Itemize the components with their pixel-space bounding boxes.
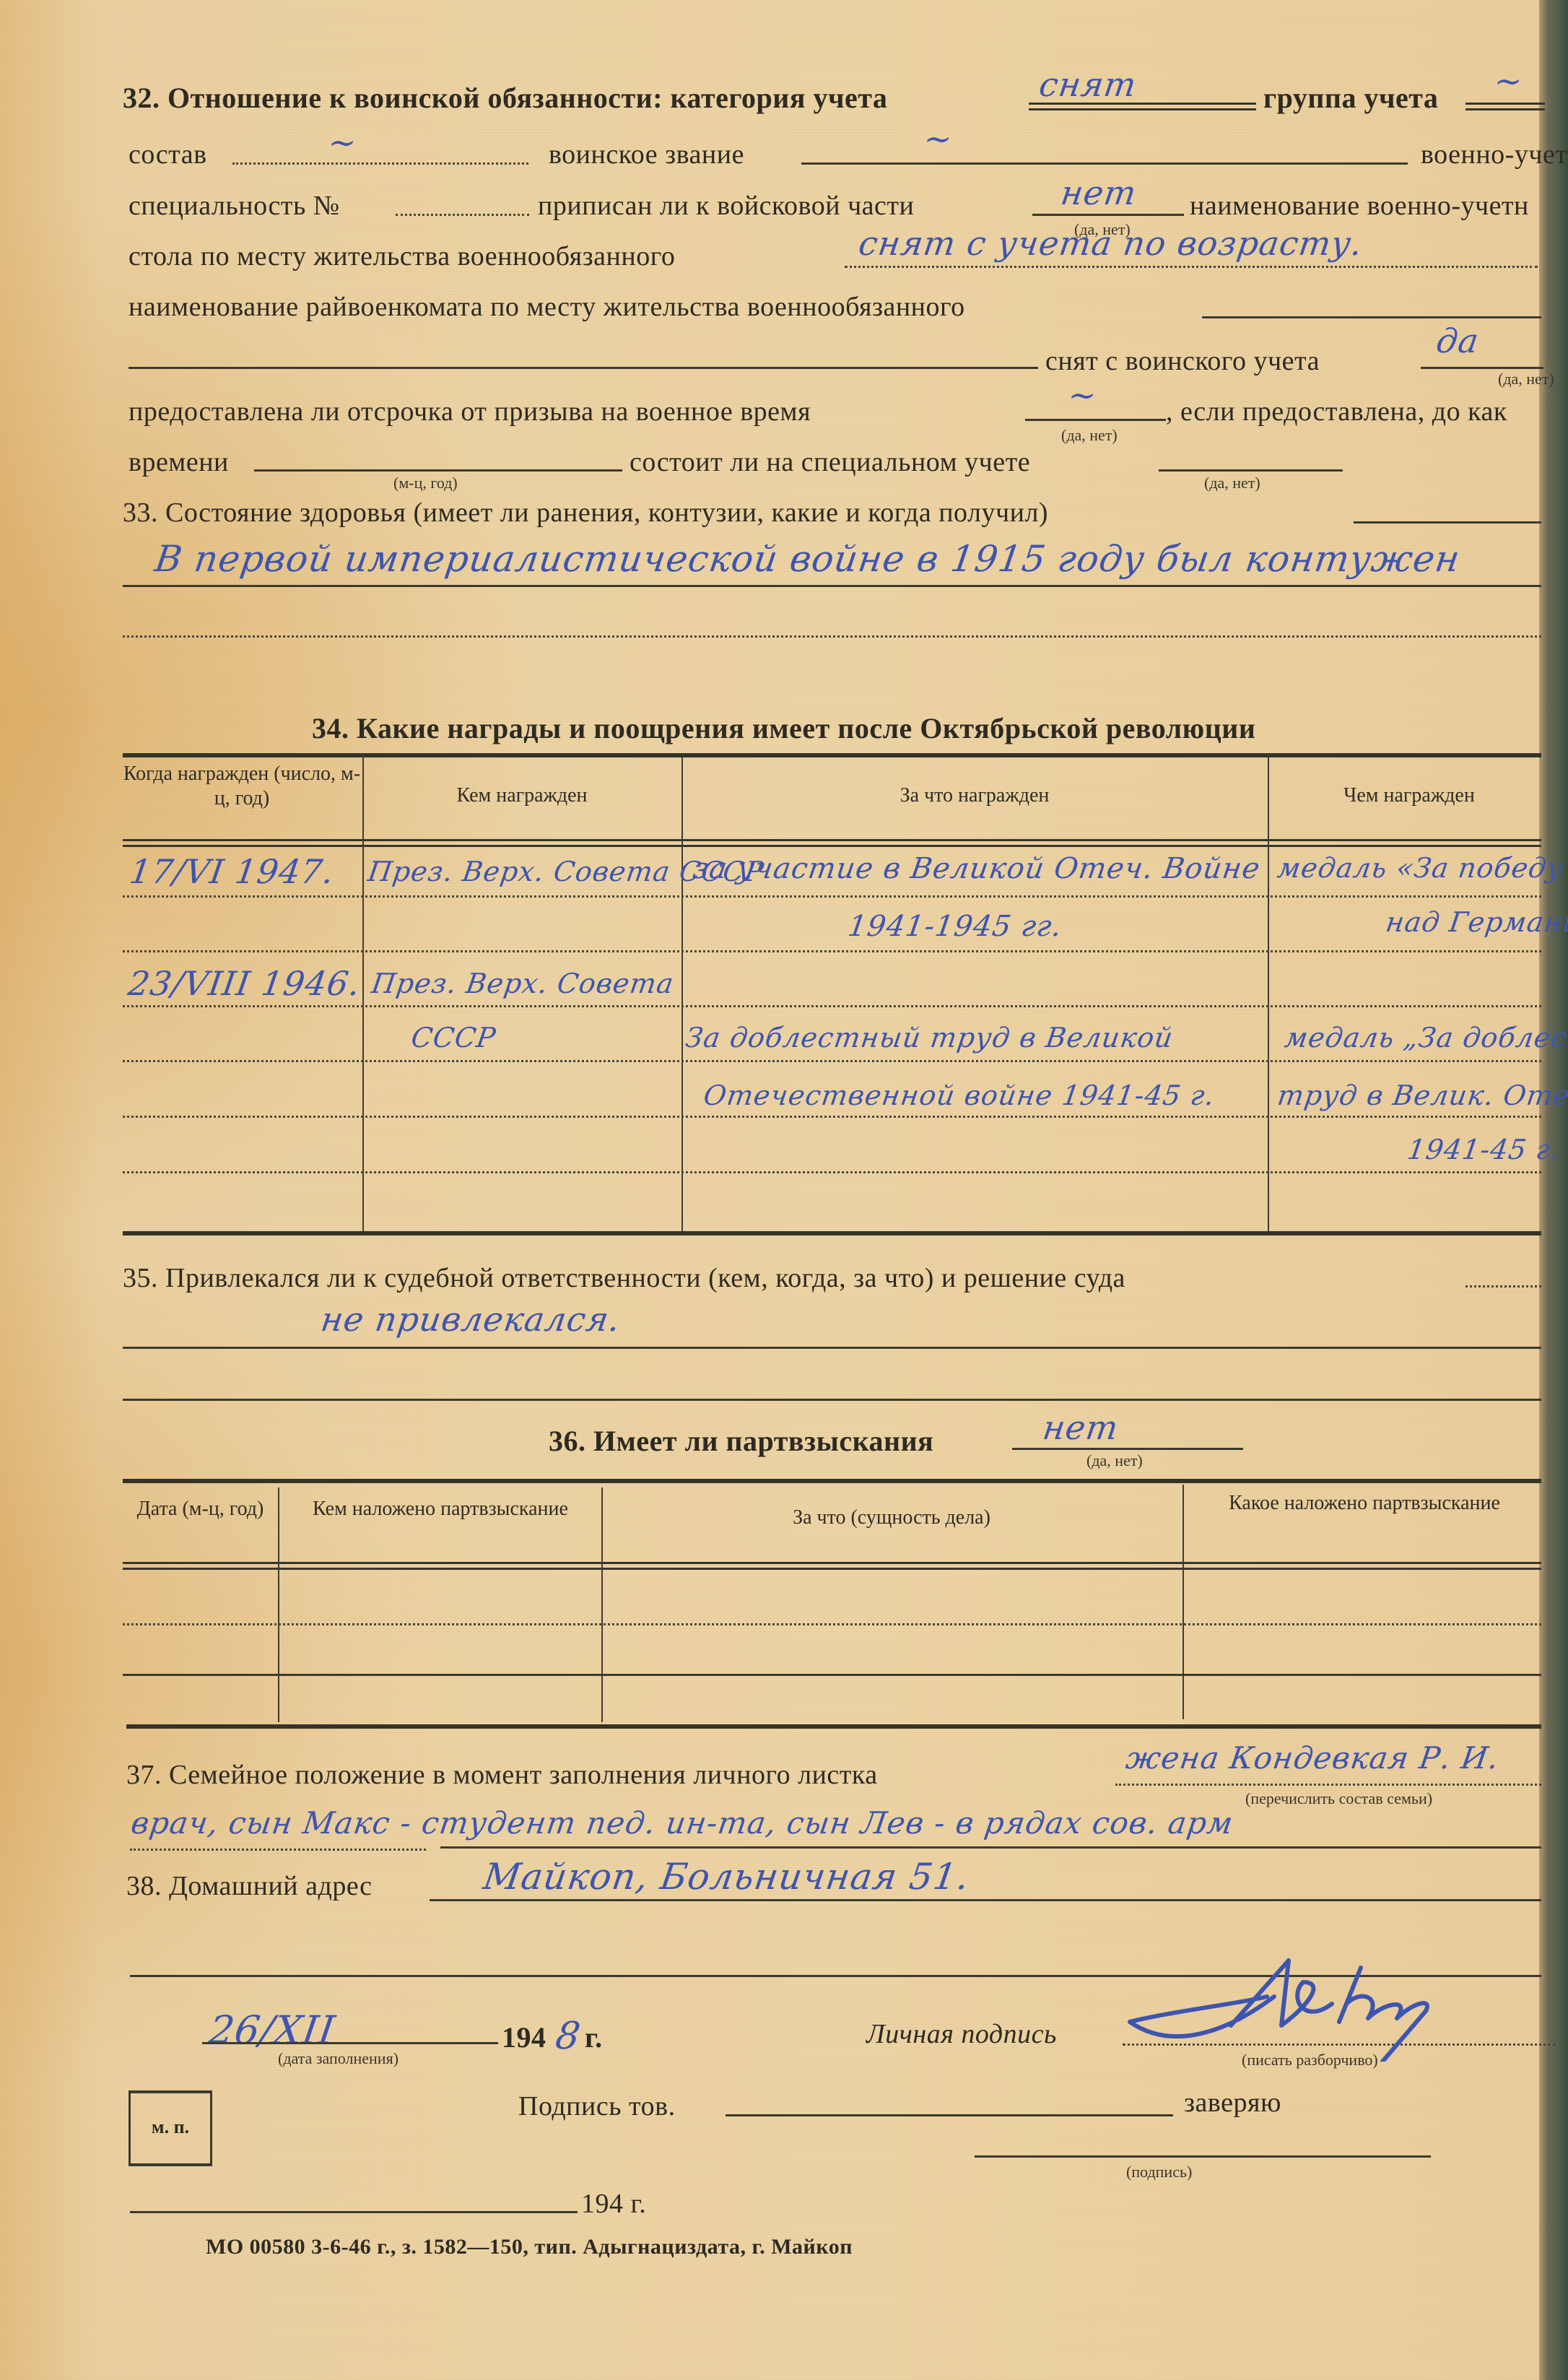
awards-col-by-whom: Кем награжден [363,783,681,808]
line5-field-line [1202,316,1541,318]
line6-field-line [129,367,1038,369]
line4-label: стола по месту жительства военнообязанно… [129,240,675,272]
penalties-header-divider [123,1562,1541,1570]
section-36-title: 36. Имеет ли партвзыскания [549,1424,933,1458]
fill-date-hint: (дата заполнения) [278,2049,398,2068]
award-for-what-1: за участие в Великой Отеч. Войне [691,852,1263,885]
awards-table-bottom [123,1231,1541,1235]
penalties-table-top [123,1479,1541,1483]
section-37-field-line [1115,1784,1541,1786]
line8-special-line [1159,469,1343,472]
family-line-2a [130,1849,426,1851]
print-imprint: МО 00580 3-6-46 г., з. 1582—150, тип. Ад… [206,2235,853,2259]
award-for-what-2: 1941-1945 гг. [846,910,1064,943]
court-line-2 [123,1399,1541,1401]
rank-value: ~ [921,119,955,158]
line6-value: да [1434,321,1481,360]
group-field-line [1465,103,1545,110]
attached-field-line [1032,214,1184,216]
awards-row-line [123,1005,1541,1007]
awards-col-what: Чем награжден [1268,783,1550,808]
fill-year-handwritten: 8 [553,2015,584,2058]
stamp-place-box: м. п. [129,2090,212,2166]
certify-name-line [726,2114,1173,2116]
award-when: 23/VIII 1946. [126,964,363,1003]
health-value: В первой империалистической войне в 1915… [152,538,1463,580]
fill-year-prefix: 194 [502,2020,546,2054]
award-for-what-2: Отечественной войне 1941-45 г. [702,1080,1217,1111]
award-what-1: медаль „За доблестный [1283,1022,1568,1054]
personal-signature-label: Личная подпись [866,2018,1057,2050]
awards-col-for-what: За что награжден [682,783,1267,808]
name-label: наименование военно-учетн [1190,190,1529,222]
certify-suffix: заверяю [1184,2087,1281,2119]
category-value: снят [1037,65,1139,104]
address-value: Майкоп, Больничная 51. [481,1856,972,1898]
section-38-title: 38. Домашний адрес [126,1870,373,1902]
line7-value: ~ [1066,375,1099,414]
rank-label: воинское звание [549,139,744,170]
penalty-value: нет [1040,1408,1121,1447]
penalties-row-line [123,1674,1541,1676]
award-for-what-1: За доблестный труд в Великой [684,1022,1175,1054]
line7-suffix: , если предоставлена, до как [1166,396,1507,427]
section-33-title: 33. Состояние здоровья (имеет ли ранения… [123,497,1048,529]
group-label: группа учета [1263,81,1438,115]
specialty-field-line [396,214,529,216]
family-line-2b [440,1846,1541,1849]
attached-value: нет [1058,173,1139,212]
award-what-2: труд в Велик. Отеч. [1276,1080,1568,1111]
line8-special-hint: (да, нет) [1204,474,1260,492]
family-value-1: жена Кондевкая Р. И. [1124,1740,1502,1776]
sostav-value: ~ [326,123,360,162]
section-36-field-line [1012,1448,1243,1450]
line8-label: времени [129,446,229,478]
section-35-title: 35. Привлекался ли к судебной ответствен… [123,1262,1125,1294]
award-when: 17/VI 1947. [127,852,336,891]
award-what-2: над Германией» [1384,906,1568,938]
vus-label: военно-учет [1421,139,1567,170]
sostav-field-line [232,162,528,165]
awards-row-line [123,950,1541,952]
penalties-col-by-whom: Кем наложено партвзыскание [282,1497,599,1521]
line8-date-line [254,469,622,472]
awards-col-when: Когда награжден (число, м-ц, год) [123,762,361,811]
health-line-1 [123,585,1541,587]
award-by-whom-1: През. Верх. Совета [370,968,676,999]
awards-table-top [123,753,1541,757]
handwritten-signature [1123,1953,1455,2062]
penalty-hint: (да, нет) [1086,1451,1143,1470]
court-value: не привлекался. [318,1300,623,1339]
line7-label: предоставлена ли отсрочка от призыва на … [129,396,811,427]
health-line-2 [123,635,1541,638]
specialty-label: специальность № [129,190,340,222]
section-37-title: 37. Семейное положение в момент заполнен… [126,1759,878,1791]
family-hint: (перечислить состав семьи) [1245,1789,1432,1808]
line8-special-label: состоит ли на специальном учете [630,446,1030,478]
address-field-line [430,1899,1541,1901]
line6-hint: (да, нет) [1498,370,1554,388]
stamp-place-label: м. п. [131,2116,210,2138]
penalties-col-type: Какое наложено партвзыскание [1184,1491,1545,1516]
section-34-title: 34. Какие награды и поощрения имеет посл… [312,711,1255,745]
rank-field-line [801,162,1408,165]
awards-col-divider-1 [362,755,364,1232]
fill-year-suffix: г. [585,2020,603,2054]
awards-row-line [123,1116,1541,1118]
awards-row-line [123,1171,1541,1173]
court-line-1 [123,1347,1541,1349]
certify-date-line [130,2211,578,2213]
line7-hint: (да, нет) [1061,426,1118,445]
awards-row-line [123,1060,1541,1062]
certify-year: 194 г. [581,2188,646,2220]
line7-field-line [1025,419,1166,421]
certifier-signature-hint: (подпись) [1126,2163,1192,2181]
penalties-col-divider-2 [601,1487,603,1722]
awards-col-divider-3 [1268,755,1269,1232]
section-33-title-line [1354,521,1541,524]
penalties-row-line [123,1623,1541,1625]
line5-label: наименование райвоенкомата по месту жите… [129,291,965,323]
line4-field-line [845,266,1538,268]
penalties-col-divider-1 [278,1487,279,1722]
line4-value: снят с учета по возрасту. [856,224,1365,263]
page-binding-edge [1539,0,1568,2380]
certify-prefix: Подпись тов. [518,2090,676,2122]
line6-label: снят с воинского учета [1045,345,1320,377]
award-what-3: 1941-45 г. [1406,1134,1562,1165]
line6-value-line [1421,367,1543,369]
awards-header-divider [123,839,1541,847]
attached-label: приписан ли к войсковой части [538,190,914,222]
awards-col-divider-2 [681,755,683,1232]
award-what-1: медаль «За победу [1276,852,1566,884]
sostav-label: состав [129,139,207,170]
penalties-table-bottom [126,1724,1541,1729]
line8-date-hint: (м-ц, год) [393,474,458,492]
fill-date-value: 26/XII [206,2007,339,2053]
personal-signature-hint: (писать разборчиво) [1242,2051,1378,2070]
award-by-whom-2: СССР [409,1022,498,1054]
section-35-title-line [1465,1285,1541,1287]
family-value-2: врач, сын Макс - студент пед. ин-та, сын… [129,1805,1236,1841]
penalties-col-divider-3 [1182,1485,1184,1719]
penalties-col-date: Дата (м-ц, год) [123,1497,278,1521]
penalties-col-reason: За что (сущность дела) [603,1506,1180,1530]
group-value: ~ [1491,61,1525,100]
certifier-signature-line [975,2155,1431,2158]
awards-row-line [123,895,1541,898]
section-32-title: 32. Отношение к воинской обязанности: ка… [123,81,887,115]
fill-date-line [202,2042,498,2044]
